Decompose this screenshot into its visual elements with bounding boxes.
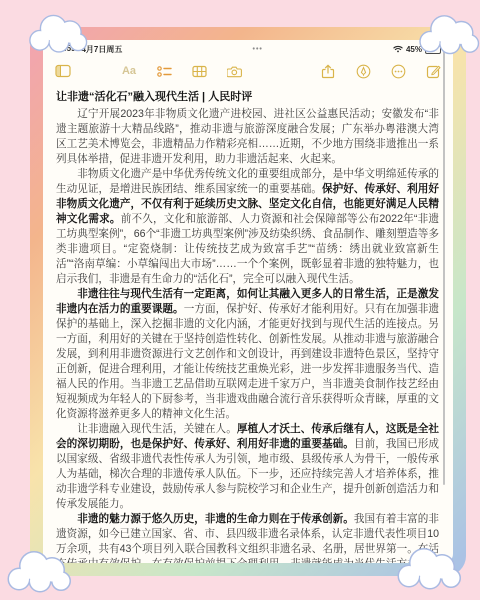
cloud-decoration-bottom-right bbox=[394, 544, 464, 592]
sidebar-icon[interactable] bbox=[55, 63, 71, 79]
checklist-icon[interactable] bbox=[156, 63, 172, 79]
status-bar: 08:59 4月7日周五 ••• 45% bbox=[43, 40, 453, 56]
cloud-decoration-top-right bbox=[416, 12, 480, 56]
table-icon[interactable] bbox=[191, 63, 207, 79]
font-size-button[interactable]: Aa bbox=[121, 63, 137, 79]
markup-icon[interactable] bbox=[355, 63, 371, 79]
article-paragraph: 非物质文化遗产是中华优秀传统文化的重要组成部分，是中华文明绵延传承的生动见证，是… bbox=[56, 167, 439, 287]
toolbar: Aa bbox=[43, 56, 453, 84]
article-body: 辽宁开展2023年非物质文化遗产进校园、进社区公益惠民活动；安徽发布“非遗主题旅… bbox=[56, 107, 439, 563]
article: 让非遗“活化石”融入现代生活 | 人民时评 辽宁开展2023年非物质文化遗产进校… bbox=[43, 84, 453, 563]
scrollbar[interactable] bbox=[443, 51, 446, 485]
camera-icon[interactable] bbox=[226, 63, 242, 79]
article-paragraph: 非遗的魅力源于悠久历史，非遗的生命力则在于传承创新。我国有着丰富的非遗资源，如今… bbox=[56, 512, 439, 563]
more-icon[interactable] bbox=[390, 63, 406, 79]
article-paragraph: 让非遗融入现代生活，关键在人。厚植人才沃土、传承后继有人，这既是全社会的深切期盼… bbox=[56, 422, 439, 512]
share-icon[interactable] bbox=[320, 63, 336, 79]
cloud-decoration-top-left bbox=[26, 8, 90, 58]
notes-app-screen: 08:59 4月7日周五 ••• 45% bbox=[43, 40, 453, 563]
compose-icon[interactable] bbox=[425, 63, 441, 79]
wifi-icon bbox=[393, 45, 403, 53]
article-paragraph: 辽宁开展2023年非物质文化遗产进校园、进社区公益惠民活动；安徽发布“非遗主题旅… bbox=[56, 107, 439, 167]
cloud-decoration-bottom-left bbox=[4, 548, 74, 594]
multitask-dots-icon: ••• bbox=[253, 46, 263, 53]
rainbow-frame: 08:59 4月7日周五 ••• 45% bbox=[30, 27, 466, 576]
article-paragraph: 非遗往往与现代生活有一定距离，如何让其融入更多人的日常生活，正是激发非遗内在活力… bbox=[56, 287, 439, 422]
article-title: 让非遗“活化石”融入现代生活 | 人民时评 bbox=[56, 90, 439, 105]
